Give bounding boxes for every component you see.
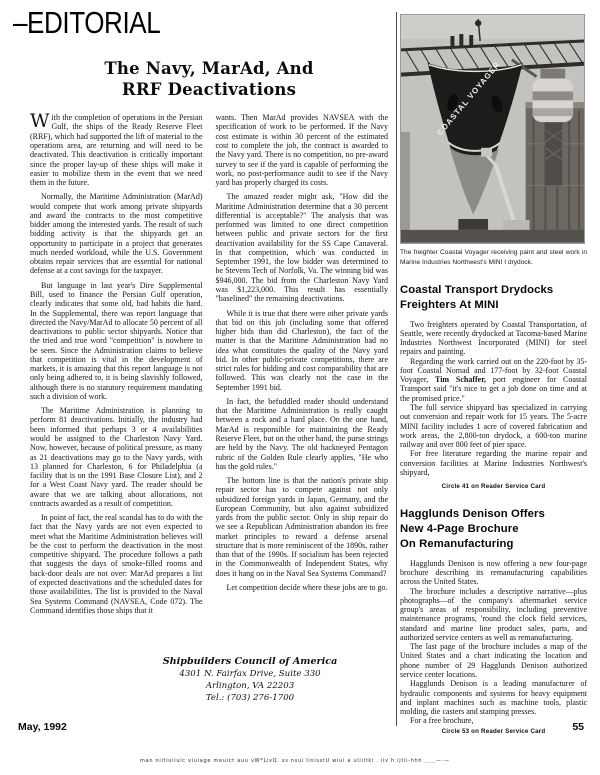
article-paragraph: Hagglunds Denison is now offering a new … <box>400 559 587 587</box>
editorial-paragraph: In point of fact, the real scandal has t… <box>30 513 203 615</box>
article1-heading-line1: Coastal Transport Drydocks <box>400 283 587 298</box>
editorial-column-2: wants. Then MarAd provides NAVSEA with t… <box>216 113 389 620</box>
drop-cap: W <box>30 113 52 129</box>
editorial-column-1: With the completion of operations in the… <box>30 113 203 620</box>
editorial-paragraph: The amazed reader might ask, "How did th… <box>216 192 389 303</box>
editorial-paragraph: The bottom line is that the nation's pri… <box>216 476 389 578</box>
editorial-paragraph: Let competition decide where these jobs … <box>216 583 389 592</box>
editorial-kicker: –EDITORIAL <box>13 5 160 41</box>
editorial-section: The Navy, MarAd, And RRF Deactivations W… <box>30 58 388 620</box>
photo-sky-light <box>401 15 584 39</box>
right-column: COASTAL VOYAGER The freighter Coastal Vo… <box>400 14 587 735</box>
article2-heading-line3: On Remanufacturing <box>400 537 587 552</box>
address-phone: Tel.: (703) 276-1700 <box>118 692 382 704</box>
editorial-paragraph: While it is true that there were other p… <box>216 309 389 392</box>
article2-heading: Hagglunds Denison Offers New 4-Page Broc… <box>400 507 587 552</box>
article1-heading-line2: Freighters At MINI <box>400 298 587 313</box>
address-street: 4301 N. Fairfax Drive, Suite 330 <box>118 668 382 680</box>
article1-reader-service-line: Circle 41 on Reader Service Card <box>400 483 587 490</box>
column-divider-rule <box>396 12 397 726</box>
editorial-paragraph: But language in last year's Dire Supplem… <box>30 281 203 401</box>
article-paragraph: The full service shipyard has specialize… <box>400 403 587 449</box>
editorial-paragraph: With the completion of operations in the… <box>30 113 203 187</box>
editorial-title: The Navy, MarAd, And RRF Deactivations <box>30 58 388 100</box>
quay-edge <box>401 132 410 235</box>
dock-floor <box>401 230 584 243</box>
editorial-columns: With the completion of operations in the… <box>30 113 388 620</box>
address-city: Arlington, VA 22203 <box>118 680 382 692</box>
photo-caption: The freighter Coastal Voyager receiving … <box>400 248 587 268</box>
editorial-paragraph: Normally, the Maritime Administration (M… <box>30 192 203 275</box>
organization-name: Shipbuilders Council of America <box>118 655 382 668</box>
article2-body: Hagglunds Denison is now offering a new … <box>400 559 587 726</box>
editorial-title-line1: The Navy, MarAd, And <box>30 58 388 79</box>
keel-blocks <box>458 219 488 230</box>
paragraph-text: ith the completion of operations in the … <box>30 113 203 187</box>
article-paragraph: For a free brochure, <box>400 716 587 725</box>
scan-artifact-text: man niitiuiiuic viuiage meuict auu vW*Li… <box>140 757 592 764</box>
editorial-paragraph: The Maritime Administration is planning … <box>30 406 203 508</box>
magazine-page: –EDITORIAL The Navy, MarAd, And RRF Deac… <box>0 0 600 775</box>
drydock-photo: COASTAL VOYAGER <box>400 14 585 244</box>
article2-heading-line1: Hagglunds Denison Offers <box>400 507 587 522</box>
editorial-title-line2: RRF Deactivations <box>30 79 388 100</box>
article-paragraph: Hagglunds Denison is a leading manufactu… <box>400 679 587 716</box>
publisher-address-block: Shipbuilders Council of America 4301 N. … <box>118 655 382 705</box>
editorial-paragraph: wants. Then MarAd provides NAVSEA with t… <box>216 113 389 187</box>
article-paragraph: Regarding the work carried out on the 22… <box>400 357 587 403</box>
article2-reader-service-line: Circle 53 on Reader Service Card <box>400 728 587 735</box>
article-paragraph: For free literature regarding the marine… <box>400 449 587 477</box>
article1-heading: Coastal Transport Drydocks Freighters At… <box>400 283 587 313</box>
article-paragraph: The brochure includes a descriptive narr… <box>400 587 587 643</box>
person-name: Tim Schaffer, <box>435 375 486 384</box>
article1-body: Two freighters operated by Coastal Trans… <box>400 320 587 478</box>
article-paragraph: The last page of the brochure includes a… <box>400 642 587 679</box>
page-number: 55 <box>572 721 584 733</box>
article-paragraph: Two freighters operated by Coastal Trans… <box>400 320 587 357</box>
article2-heading-line2: New 4-Page Brochure <box>400 522 587 537</box>
issue-date: May, 1992 <box>18 721 67 733</box>
editorial-paragraph: In fact, the befuddled reader should und… <box>216 397 389 471</box>
